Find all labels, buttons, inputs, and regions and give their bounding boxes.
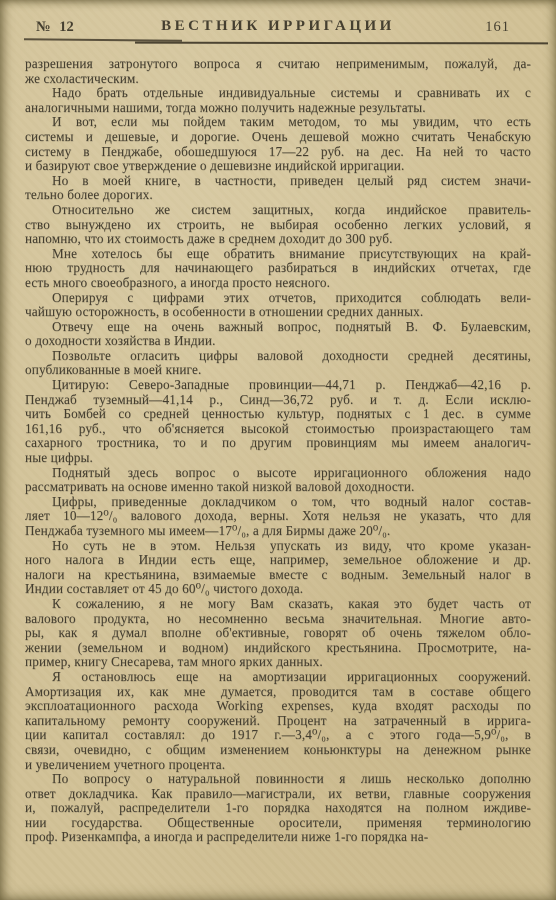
- text-line: Поднятый здесь вопрос о высоте ирригацио…: [25, 466, 531, 481]
- text-line: ного налога в Индии есть еще, например, …: [25, 553, 531, 568]
- text-line: нии государства. Общественные оросители,…: [25, 816, 531, 831]
- text-line: По вопросу о натуральной повинности я ли…: [25, 772, 531, 787]
- text-line: 161,16 руб., что об'ясняется высокой сто…: [25, 422, 531, 437]
- text-line: Пенджаба туземного мы имеем—17⁰/₀, а для…: [25, 524, 531, 539]
- text-line: напомню, что их стоимость даже в среднем…: [25, 232, 531, 247]
- text-line: Отвечу еще на очень важный вопрос, подня…: [25, 320, 531, 335]
- text-line: рассматривать на основе именно такой низ…: [25, 480, 531, 495]
- page-body: разрешения затронутого вопроса я считаю …: [25, 57, 531, 845]
- text-line: Позвольте огласить цифры валовой доходно…: [25, 349, 531, 364]
- text-line: ные цифры.: [25, 451, 531, 466]
- text-line: Пенджаб туземный—41,14 р., Синд—36,72 ру…: [25, 393, 531, 408]
- text-line: Цифры, приведенные докладчиком о том, чт…: [25, 495, 531, 510]
- text-line: Оперируя с цифрами этих отчетов, приходи…: [25, 291, 531, 306]
- text-line: Цитирую: Северо-Западные провинции—44,71…: [25, 378, 531, 393]
- page-number: 161: [485, 19, 510, 36]
- text-line: сахарного тростника, то и по другим пров…: [25, 436, 531, 451]
- text-line: Надо брать отдельные индивидуальные сист…: [25, 86, 531, 101]
- text-line: Я остановлюсь еще на амортизации ирригац…: [25, 670, 531, 685]
- text-line: пример, книгу Снесарева, там много ярких…: [25, 655, 531, 670]
- text-line: Мне хотелось бы еще обратить внимание пр…: [25, 247, 531, 262]
- page-header: № 12 ВЕСТНИК ИРРИГАЦИИ 161: [0, 0, 556, 50]
- text-line: связи, очевидно, с общим изменением конь…: [25, 743, 531, 758]
- text-line: есть много своеобразного, а иногда прост…: [25, 276, 531, 291]
- text-line: тельно более дорогих.: [25, 188, 531, 203]
- text-line: систему в Пенджабе, обошедшуюся 17—22 ру…: [25, 145, 531, 160]
- text-line: Относительно же систем защитных, когда и…: [25, 203, 531, 218]
- text-line: же схоластическим.: [25, 72, 531, 87]
- text-line: жении (земельном и водном) индийского кр…: [25, 641, 531, 656]
- text-line: Но в моей книге, в частности, приведен ц…: [25, 174, 531, 189]
- journal-title: ВЕСТНИК ИРРИГАЦИИ: [0, 18, 556, 35]
- text-line: чить Бомбей со средней ценностью культур…: [25, 407, 531, 422]
- text-line: Индии составляет от 45 до 60⁰/₀ чистого …: [25, 582, 531, 597]
- header-rule-main: [135, 42, 548, 45]
- text-line: валового продукта, но несомненно весьма …: [25, 612, 531, 627]
- text-line: чайшую осторожность, в особенности в отн…: [25, 305, 531, 320]
- journal-page-scan: № 12 ВЕСТНИК ИРРИГАЦИИ 161 разрешения за…: [0, 0, 556, 900]
- text-line: аналогичными нашими, тогда можно получит…: [25, 101, 531, 116]
- text-line: капитальному ремонту сооружений. Процент…: [25, 714, 531, 729]
- text-line: ляет 10—12⁰/₀ валового дохода, верны. Хо…: [25, 509, 531, 524]
- text-line: налоги на крестьянина, взимаемые вместе …: [25, 568, 531, 583]
- text-line: ответ докладчика. Как правило—магистрали…: [25, 787, 531, 802]
- text-line: И вот, если мы пойдем таким методом, то …: [25, 115, 531, 130]
- text-line: проф. Ризенкампфа, а иногда и распредели…: [25, 830, 531, 845]
- text-line: ры, как я думал вполне об'ективные, гово…: [25, 626, 531, 641]
- text-line: опубликованные в моей книге.: [25, 363, 531, 378]
- text-line: Амортизация их, как мне думается, провод…: [25, 685, 531, 700]
- text-line: разрешения затронутого вопроса я считаю …: [25, 57, 531, 72]
- text-line: и увеличением учетного процента.: [25, 758, 531, 773]
- text-line: Но суть не в этом. Нельзя упускать из ви…: [25, 539, 531, 554]
- text-line: о доходности хозяйства в Индии.: [25, 334, 531, 349]
- header-rule-left: [24, 38, 182, 41]
- text-line: ции капитал составлял: до 1917 г.—3,4⁰/₀…: [25, 728, 531, 743]
- text-line: эксплоатационного расхода Working expens…: [25, 699, 531, 714]
- text-line: системы и дешевые, и дорогие. Очень деше…: [25, 130, 531, 145]
- text-line: ство вынуждено их строить, не выбирая ос…: [25, 218, 531, 233]
- text-line: и, пожалуй, распределители 1-го порядка …: [25, 801, 531, 816]
- text-line: К сожалению, я не могу Вам сказать, кака…: [25, 597, 531, 612]
- text-line: нюю трудность для начинающего разбиратьс…: [25, 261, 531, 276]
- text-line: и базируют свое утверждение о дешевизне …: [25, 159, 531, 174]
